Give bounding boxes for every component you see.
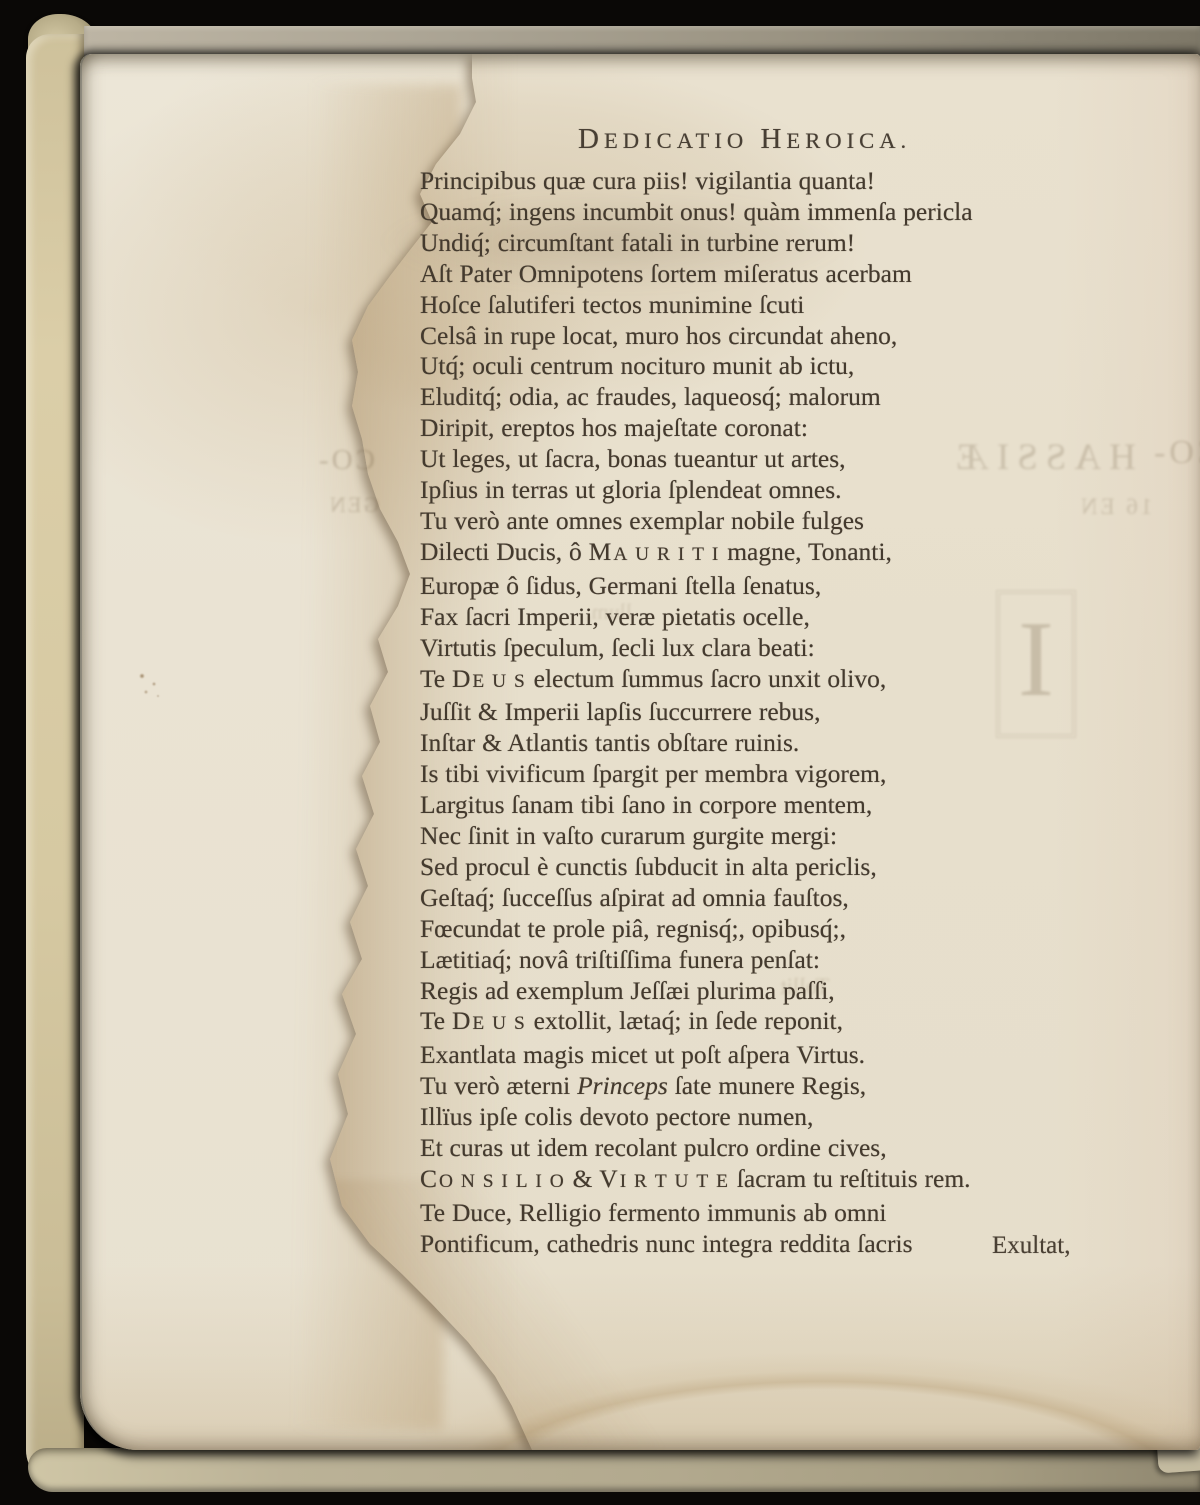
poem-line: Principibus quæ cura piis! vigilantia qu… <box>420 166 1195 197</box>
book-page: CO- GEN HASSIÆ CO- 16 EN Tollit llum, I … <box>80 54 1200 1450</box>
poem-line: Dilecti Ducis, ô MA U R I T I magne, Ton… <box>420 537 1195 571</box>
poem-line: Hoſce ſalutiferi tectos munimine ſcuti <box>420 290 1195 321</box>
poem-line: Ipſius in terras ut gloria ſplendeat omn… <box>420 475 1195 506</box>
vellum-cover-bottom-edge <box>28 1448 1200 1492</box>
vellum-cover-left-edge <box>26 34 84 1486</box>
poem-line: Celsâ in rupe locat, muro hos circundat … <box>420 321 1195 352</box>
poem-line: Inſtar & Atlantis tantis obſtare ruinis. <box>420 728 1195 759</box>
page-title: DEDICATIO HEROICA. <box>578 123 911 156</box>
poem-line: Diripit, ereptos hos majeſtate coronat: <box>420 413 1195 444</box>
poem-line: Eluditq́; odia, ac fraudes, laqueosq́; m… <box>420 382 1195 413</box>
poem-line: Regis ad exemplum Jeſſæi plurima paſſi, <box>420 976 1195 1007</box>
poem-line: Largitus ſanam tibi ſano in corpore ment… <box>420 790 1195 821</box>
poem-line: Europæ ô ſidus, Germani ſtella ſenatus, <box>420 571 1195 602</box>
poem-line: Quamq́; ingens incumbit onus! quàm immen… <box>420 197 1195 228</box>
poem-line: Undiq́; circumſtant fatali in turbine re… <box>420 228 1195 259</box>
poem-line: Geſtaq́; ſucceſſus aſpirat ad omnia fauſ… <box>420 883 1195 914</box>
poem-line: Tu verò ante omnes exemplar nobile fulge… <box>420 506 1195 537</box>
poem-line: Pontificum, cathedris nunc integra reddi… <box>420 1229 1195 1260</box>
showthrough-text-fragment: GEN <box>328 492 379 518</box>
poem-line: Et curas ut idem recolant pulcro ordine … <box>420 1133 1195 1164</box>
poem-line: Te DE U S extollit, lætaq́; in ſede repo… <box>420 1006 1195 1040</box>
poem-line: Fœcundat te prole piâ, regnisq́;, opibus… <box>420 914 1195 945</box>
poem-line: Sed procul è cunctis ſubducit in alta pe… <box>420 852 1195 883</box>
poem-line: Virtutis ſpeculum, ſecli lux clara beati… <box>420 633 1195 664</box>
poem-line: Tu verò æterni Princeps ſate munere Regi… <box>420 1071 1195 1102</box>
poem-line: Utq́; oculi centrum nocituro munit ab ic… <box>420 351 1195 382</box>
poem-line: CO N S I L I O & VI R T U T E ſacram tu … <box>420 1164 1195 1198</box>
poem-line: Te Duce, Relligio fermento immunis ab om… <box>420 1198 1195 1229</box>
poem-line: Lætitiaq́; novâ triſtiſſima funera penſa… <box>420 945 1195 976</box>
poem-line: Ut leges, ut ſacra, bonas tueantur ut ar… <box>420 444 1195 475</box>
showthrough-text-fragment: CO- <box>316 444 375 477</box>
poem-line: Illïus ipſe colis devoto pectore numen, <box>420 1102 1195 1133</box>
poem-line: Is tibi vivificum ſpargit per membra vig… <box>420 759 1195 790</box>
poem-line: Juſſit & Imperii lapſis ſuccurrere rebus… <box>420 697 1195 728</box>
catchword: Exultat, <box>992 1232 1070 1260</box>
book-scan-photo: CO- GEN HASSIÆ CO- 16 EN Tollit llum, I … <box>0 0 1200 1505</box>
poem-line: Fax ſacri Imperii, veræ pietatis ocelle, <box>420 602 1195 633</box>
poem-text-block: Principibus quæ cura piis! vigilantia qu… <box>420 166 1195 1260</box>
poem-line: Exantlata magis micet ut poſt aſpera Vir… <box>420 1040 1195 1071</box>
poem-line: Aſt Pater Omnipotens ſortem miſeratus ac… <box>420 259 1195 290</box>
poem-line: Te DE U S electum ſummus ſacro unxit oli… <box>420 664 1195 698</box>
poem-line: Nec ſinit in vaſto curarum gurgite mergi… <box>420 821 1195 852</box>
